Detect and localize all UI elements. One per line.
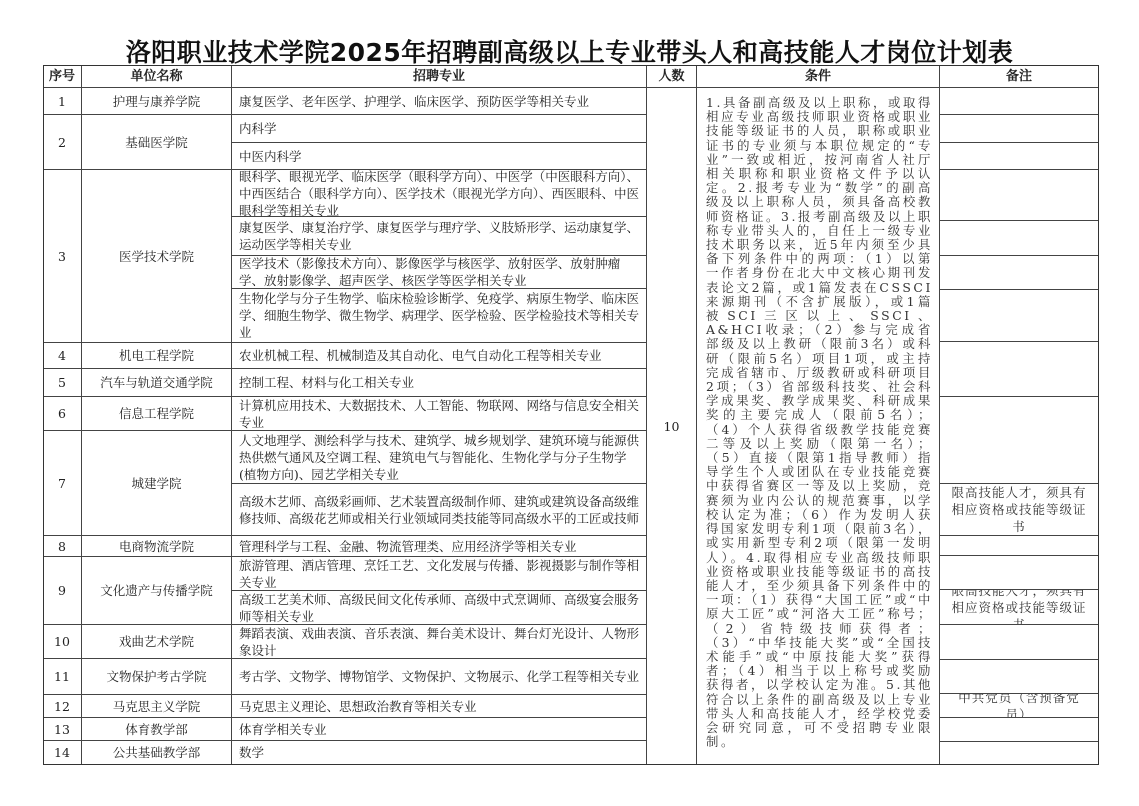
header-major: 招聘专业 bbox=[232, 65, 647, 88]
remark-cell bbox=[940, 221, 1099, 256]
row-unit: 公共基础教学部 bbox=[82, 741, 232, 765]
row-major: 康复医学、康复治疗学、康复医学与理疗学、义肢矫形学、运动康复学、运动医学等相关专… bbox=[232, 217, 647, 256]
row-major: 计算机应用技术、大数据技术、人工智能、物联网、网络与信息安全相关专业 bbox=[232, 397, 647, 431]
row-seq: 9 bbox=[43, 557, 82, 625]
row-unit: 马克思主义学院 bbox=[82, 695, 232, 718]
row-major: 内科学 bbox=[232, 115, 647, 143]
recruitment-table: 序号 单位名称 招聘专业 人数 条件 备注 1 护理与康养学院 康复医学、老年医… bbox=[43, 65, 1099, 765]
row-major: 数学 bbox=[232, 741, 647, 765]
remark-cell bbox=[940, 290, 1099, 342]
remark-cell bbox=[940, 143, 1099, 170]
row-unit: 基础医学院 bbox=[82, 115, 232, 170]
header-conditions: 条件 bbox=[697, 65, 940, 88]
row-major: 控制工程、材料与化工相关专业 bbox=[232, 369, 647, 397]
remark-high-skill: 限高技能人才，须具有相应资格或技能等级证书 bbox=[940, 590, 1099, 625]
row-major: 马克思主义理论、思想政治教育等相关专业 bbox=[232, 695, 647, 718]
row-major: 考古学、文物学、博物馆学、文物保护、文物展示、化学工程等相关专业 bbox=[232, 659, 647, 695]
row-major: 中医内科学 bbox=[232, 143, 647, 170]
row-unit: 汽车与轨道交通学院 bbox=[82, 369, 232, 397]
row-major: 旅游管理、酒店管理、烹饪工艺、文化发展与传播、影视摄影与制作等相关专业 bbox=[232, 557, 647, 591]
row-unit: 电商物流学院 bbox=[82, 536, 232, 557]
remark-cell bbox=[940, 342, 1099, 397]
row-seq: 14 bbox=[43, 741, 82, 765]
row-seq: 10 bbox=[43, 625, 82, 659]
remark-high-skill: 限高技能人才，须具有相应资格或技能等级证书 bbox=[940, 484, 1099, 536]
row-seq: 5 bbox=[43, 369, 82, 397]
row-unit: 体育教学部 bbox=[82, 718, 232, 741]
remark-cell bbox=[940, 660, 1099, 694]
row-major: 高级木艺师、高级彩画师、艺术装置高级制作师、建筑或建筑设备高级维修技师、高级花艺… bbox=[232, 484, 647, 536]
row-major: 体育学相关专业 bbox=[232, 718, 647, 741]
row-unit: 医学技术学院 bbox=[82, 170, 232, 343]
row-unit: 城建学院 bbox=[82, 431, 232, 536]
row-seq: 13 bbox=[43, 718, 82, 741]
row-seq: 1 bbox=[43, 88, 82, 115]
remark-cell bbox=[940, 88, 1099, 115]
header-seq: 序号 bbox=[43, 65, 82, 88]
remark-cell bbox=[940, 556, 1099, 590]
page-title: 洛阳职业技术学院2025年招聘副高级以上专业带头人和高技能人才岗位计划表 bbox=[0, 33, 1139, 69]
row-unit: 戏曲艺术学院 bbox=[82, 625, 232, 659]
row-seq: 11 bbox=[43, 659, 82, 695]
row-major: 舞蹈表演、戏曲表演、音乐表演、舞台美术设计、舞台灯光设计、人物形象设计 bbox=[232, 625, 647, 659]
row-seq: 2 bbox=[43, 115, 82, 170]
row-major: 高级工艺美术师、高级民间文化传承师、高级中式烹调师、高级宴会服务师等相关专业 bbox=[232, 591, 647, 625]
header-count: 人数 bbox=[647, 65, 697, 88]
header-remarks: 备注 bbox=[940, 65, 1099, 88]
remark-cell bbox=[940, 536, 1099, 556]
row-unit: 机电工程学院 bbox=[82, 343, 232, 369]
row-unit: 信息工程学院 bbox=[82, 397, 232, 431]
row-unit: 护理与康养学院 bbox=[82, 88, 232, 115]
row-seq: 6 bbox=[43, 397, 82, 431]
row-major: 管理科学与工程、金融、物流管理类、应用经济学等相关专业 bbox=[232, 536, 647, 557]
row-seq: 4 bbox=[43, 343, 82, 369]
row-unit: 文物保护考古学院 bbox=[82, 659, 232, 695]
remark-cell bbox=[940, 115, 1099, 143]
row-major: 眼科学、眼视光学、临床医学（眼科学方向）、中医学（中医眼科方向）、中西医结合（眼… bbox=[232, 170, 647, 217]
row-major: 人文地理学、测绘科学与技术、建筑学、城乡规划学、建筑环境与能源供热供燃气通风及空… bbox=[232, 431, 647, 484]
row-major: 农业机械工程、机械制造及其自动化、电气自动化工程等相关专业 bbox=[232, 343, 647, 369]
remark-cell bbox=[940, 170, 1099, 221]
conditions-text: 1.具备副高级及以上职称，或取得相应专业高级技师职业资格或职业技能等级证书的人员… bbox=[697, 88, 940, 765]
remark-cell bbox=[940, 718, 1099, 742]
row-unit: 文化遗产与传播学院 bbox=[82, 557, 232, 625]
row-major: 生物化学与分子生物学、临床检验诊断学、免疫学、病原生物学、临床医学、细胞生物学、… bbox=[232, 289, 647, 343]
remark-cell bbox=[940, 742, 1099, 765]
row-seq: 7 bbox=[43, 431, 82, 536]
remark-party-member: 中共党员（含预备党员） bbox=[940, 694, 1099, 718]
row-major: 医学技术（影像技术方向）、影像医学与核医学、放射医学、放射肿瘤学、放射影像学、超… bbox=[232, 256, 647, 289]
header-unit: 单位名称 bbox=[82, 65, 232, 88]
remark-cell bbox=[940, 397, 1099, 484]
count-total: 10 bbox=[647, 88, 697, 765]
remark-cell bbox=[940, 625, 1099, 660]
row-seq: 3 bbox=[43, 170, 82, 343]
row-major: 康复医学、老年医学、护理学、临床医学、预防医学等相关专业 bbox=[232, 88, 647, 115]
row-seq: 8 bbox=[43, 536, 82, 557]
row-seq: 12 bbox=[43, 695, 82, 718]
remark-cell bbox=[940, 256, 1099, 290]
